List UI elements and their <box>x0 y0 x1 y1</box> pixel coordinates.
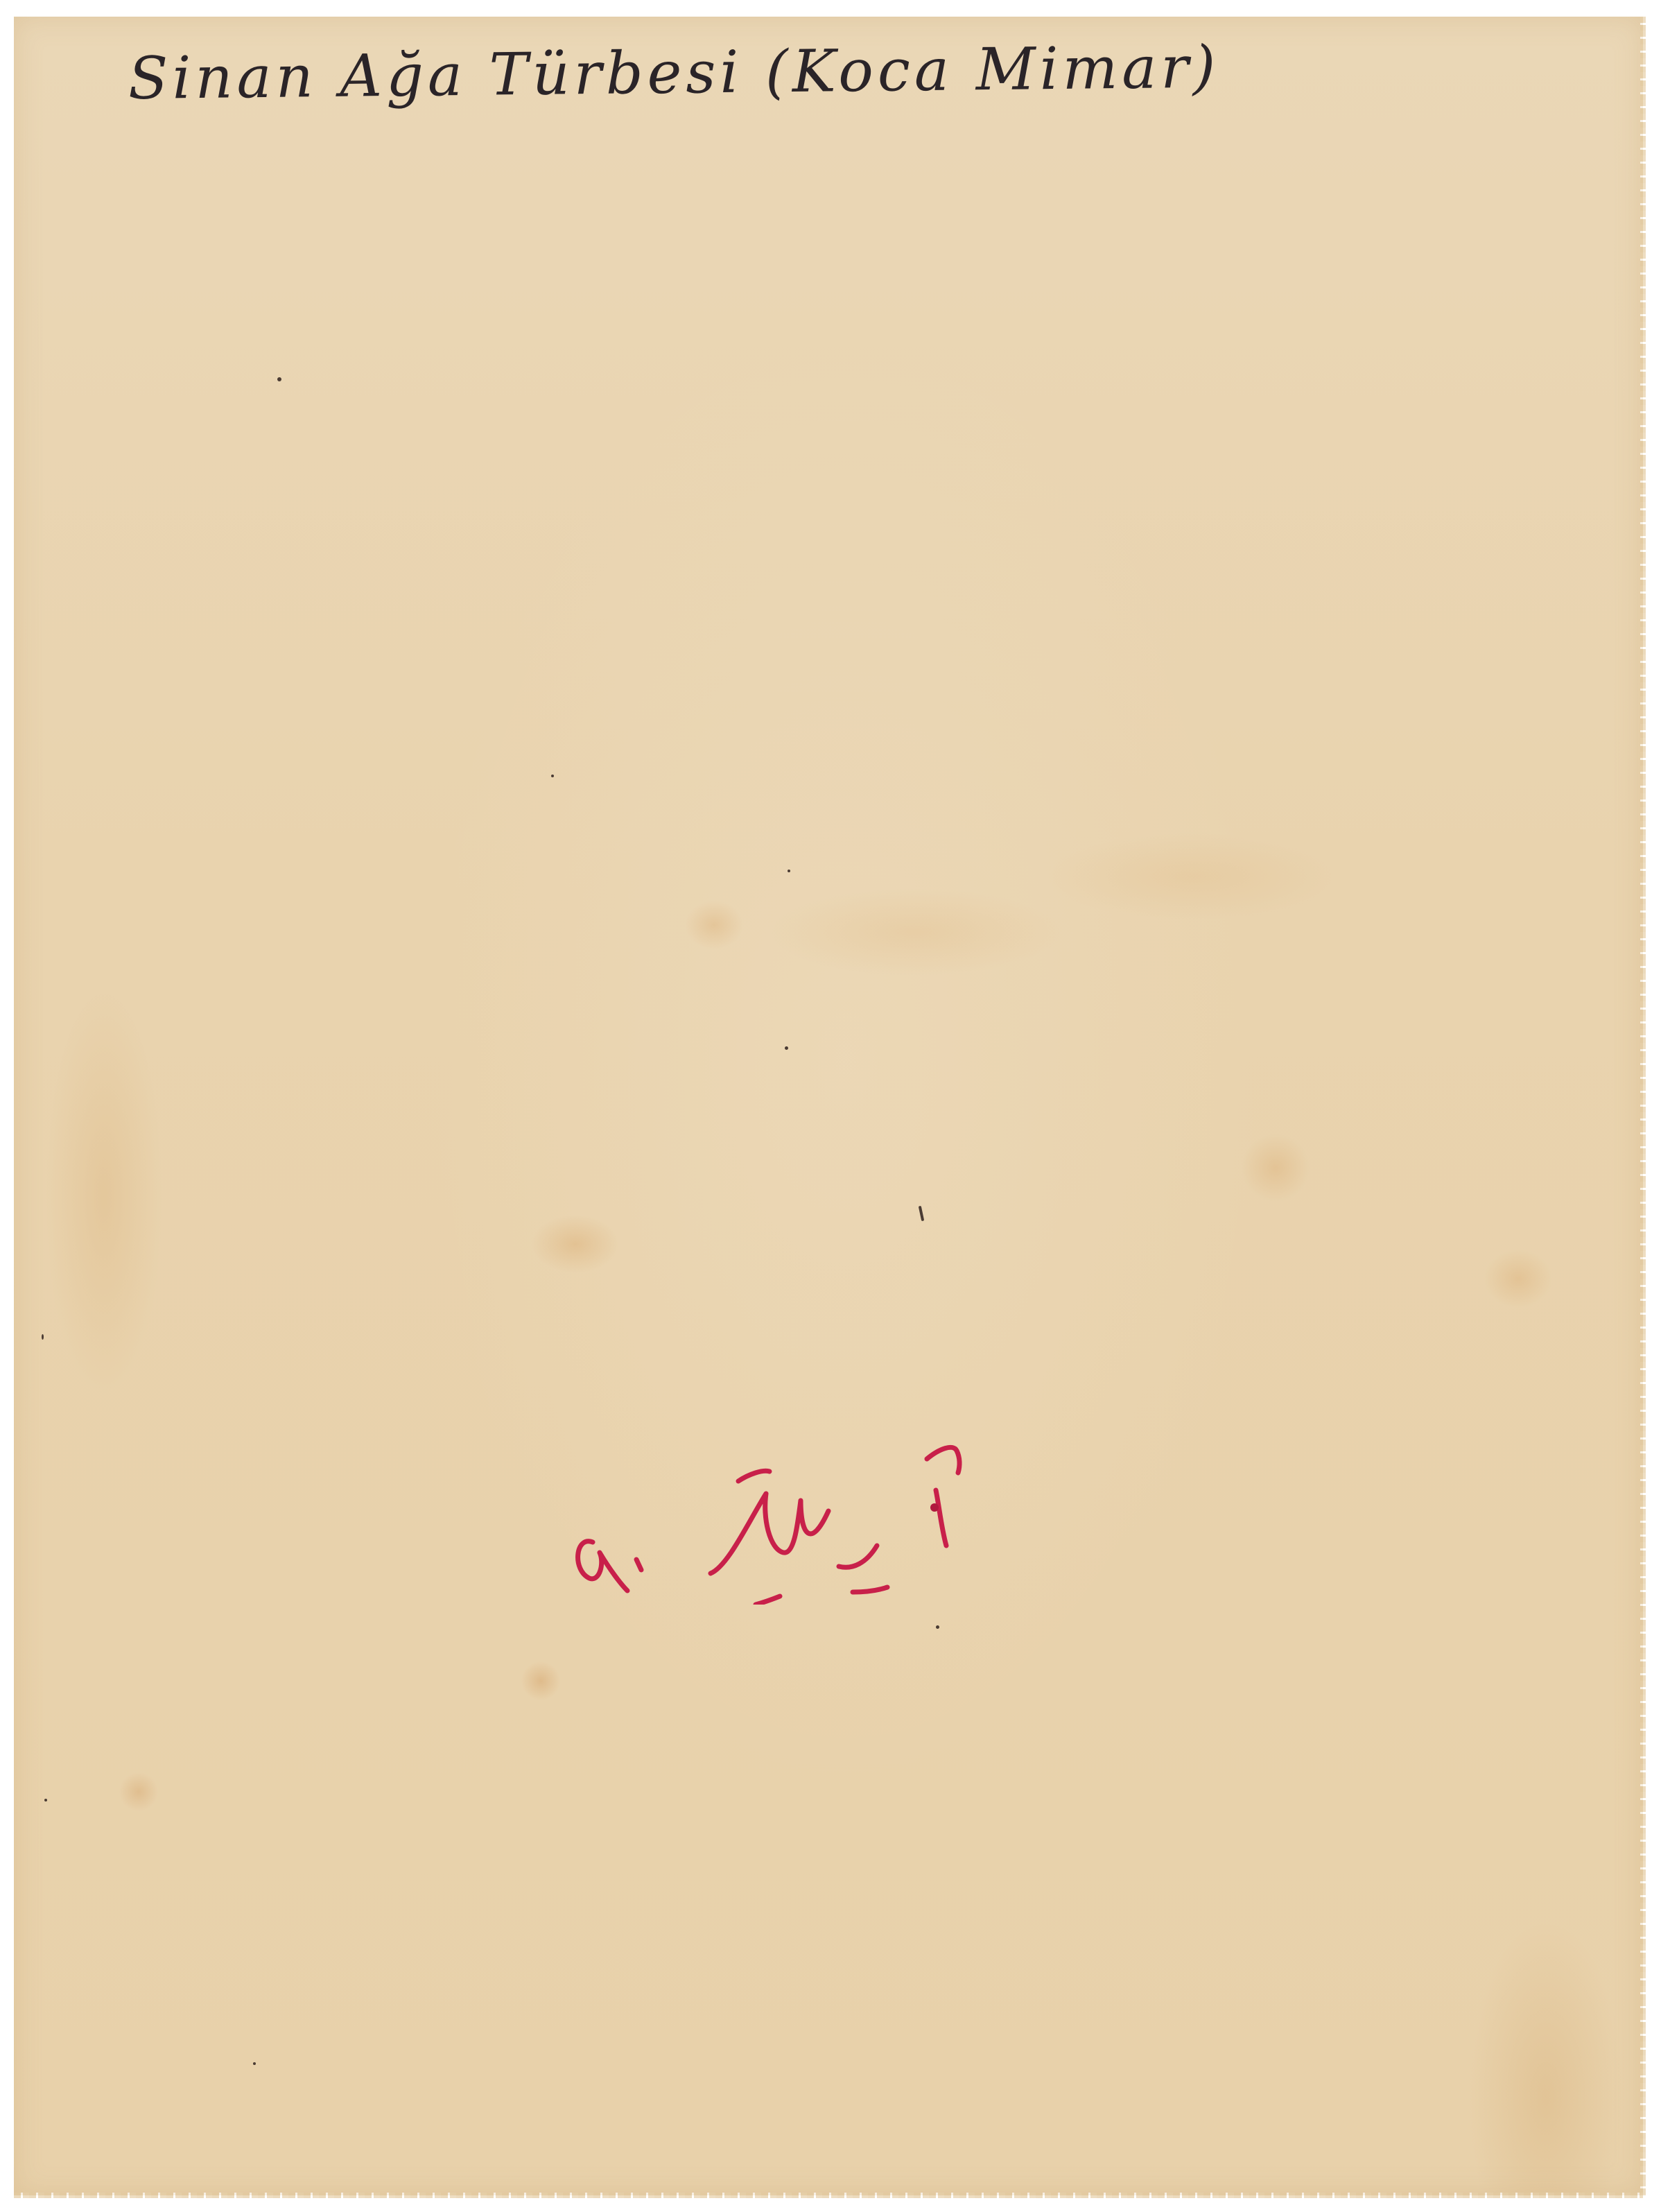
paper-speck <box>936 1625 939 1629</box>
paper-sheet: Sinan Ağa Türbesi (Koca Mimar) ٩٠ ... <box>14 17 1643 2195</box>
annotation-strokes-icon <box>562 1397 977 1605</box>
red-ink-annotation: ٩٠ ... <box>562 1397 977 1605</box>
paper-speck <box>788 870 790 872</box>
paper-speck <box>253 2062 256 2065</box>
paper-speck <box>42 1334 44 1340</box>
torn-bottom-edge <box>14 2193 1643 2198</box>
paper-speck <box>551 775 554 777</box>
handwritten-heading: Sinan Ağa Türbesi (Koca Mimar) <box>128 33 1219 112</box>
paper-speck <box>44 1799 47 1801</box>
torn-right-edge <box>1640 17 1646 2195</box>
paper-speck <box>919 1206 924 1221</box>
paper-speck <box>277 377 281 381</box>
paper-speck <box>785 1046 788 1050</box>
